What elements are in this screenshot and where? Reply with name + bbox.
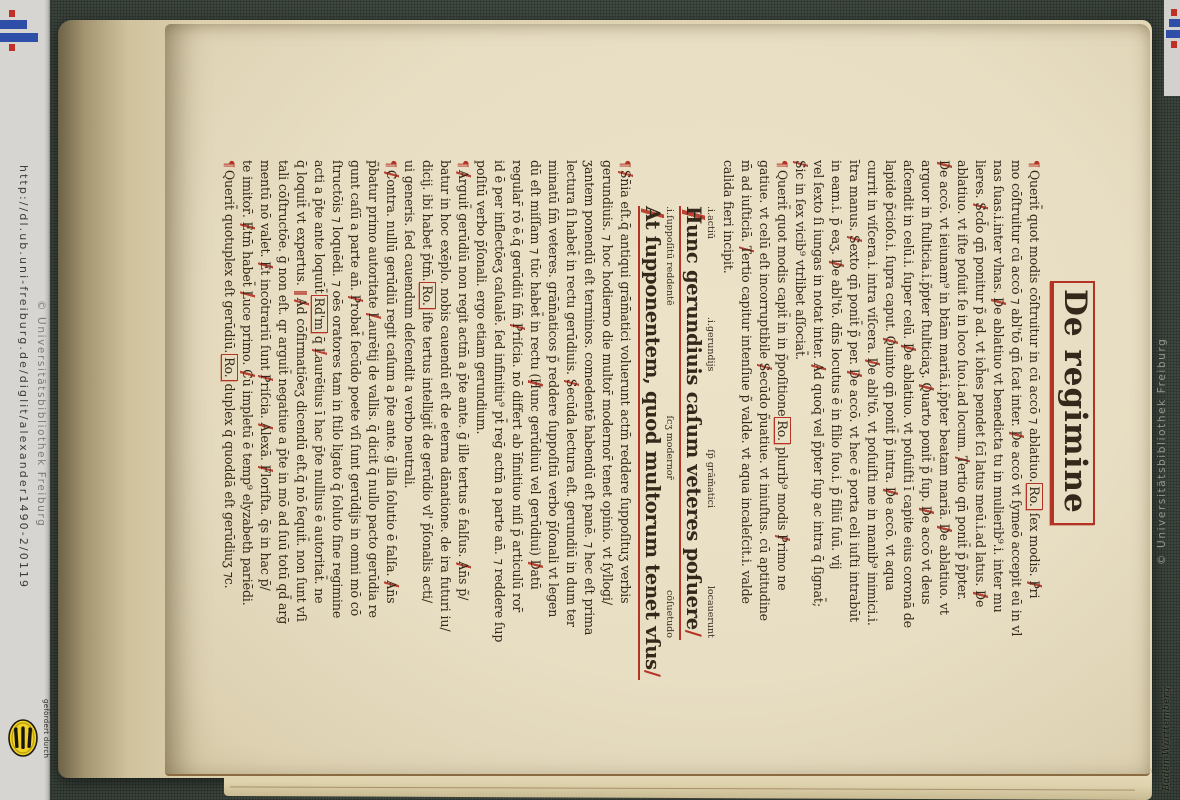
rubricated-capital: E [240,222,255,231]
text-line: ʒantem ponendū eſt terminos. comedentē h… [580,160,598,740]
red-double-stroke: ‖ [294,290,309,296]
digital-library-url: http://dl.ub.uni-freiburg.de/diglit/alex… [17,165,30,589]
gloss-word: cōſuetudo [664,590,675,638]
text-line: poſitū verbo p̄ſonali. ergo etiam gerund… [472,160,490,740]
gloss-word: .i.actiū [705,206,716,239]
text-line: dicij. ibi habet p̄tm̄.Ro.iſte tertus in… [418,160,436,740]
page-title: De regimine [1050,281,1095,525]
text-line: p̃batur primo autoritate Laurētij de val… [364,160,382,740]
rubricated-capital: S [973,202,988,210]
text-line: tali cōſtructōe. ḡ non eſt. qr arguit̄ n… [274,160,292,740]
rubricated-capital: T [739,246,754,253]
verse-unit: .i.actiū.i.gerundijsſp̄ grām̄aticilocaue… [679,206,716,740]
rubricated-capital: D [528,560,543,570]
text-line: gatiue. vt celū eſt incorruptibile Secūd… [755,160,773,740]
copyright-watermark-left: © Universitätsbibliothek Freiburg [35,300,47,527]
gloss-word: ſcʒ modernor̄ [664,416,675,481]
rubricated-capital: L [366,312,381,320]
text-line: batur in hoc exēplo. nobis cauendū eſt d… [436,160,454,740]
rubricated-capital: A [384,580,399,589]
text-line: mentū nō valet. Et incōtrariū ſunt Priſc… [256,160,274,740]
rubricated-capital: D [919,506,934,516]
scanned-page: De regimine ¶Querit̄ quot modis cōſtruit… [165,24,1150,776]
response-marker: Ro. [419,282,436,308]
rubricated-capital: D [865,358,880,368]
pilcrow-mark: ¶ [1027,160,1042,168]
rubricated-capital: A [258,422,273,431]
text-line: te imitor̄. Etm̄ habet̄ Luce primo. Cū i… [238,160,256,740]
sponsor-region-label: Baden-Württemberg [1161,686,1172,791]
rubricated-capital: D [937,524,952,534]
rubricated-capital: Q [883,336,898,346]
registration-mark-red-top-left-2 [9,44,15,51]
text-line: id ē per inflectōeʒ caſualē. ſed infinit… [490,160,508,740]
text-line: ¶Querit̄ quotuplex eſt gerūdiū.Ro.duplex… [220,160,238,740]
rubricated-capital: C [384,170,399,180]
text-line: ¶Querit̄ quot modis capit̄ in in p̃poſit… [773,160,791,740]
interlinear-gloss: .i.ſuppoſitū reddentēſcʒ modernor̄cōſuet… [664,206,675,638]
text-line: q̄ loquit̄ vt expertus. ‖Ad cōfirmatiōeʒ… [292,160,310,740]
gloss-word: locauerunt [705,586,716,638]
rubricated-capital: H [682,206,705,224]
text-line: Sic in ſex vicib⁹ vtrlibet aſſociat̄. [791,160,809,740]
response-marker: Ro. [1026,483,1043,509]
rubricated-capital: D [847,369,862,379]
rubricated-capital: D [937,160,952,170]
text-line: vel ſexto ſi iungas in notat inter. Ad q… [809,160,827,740]
rubricated-capital: L [240,290,255,298]
rubricated-capital: L [312,348,327,356]
text-line: lapide p̃cioſo.i. ſupra caput. Quinto qn… [881,160,899,740]
pilcrow-mark: ¶ [618,160,633,168]
text-line: ſtructōis ⁊ loquēdi. ⁊ oēs oratores tam … [328,160,346,740]
text-line: ¶Querit̄ quot modis cōſtruitur in cū acc… [1025,160,1043,740]
text-line: regular̄ rō ē.q̄ gerūdiū ſm̄ Priſcia. nō… [508,160,526,740]
rubricated-capital: H [528,378,543,389]
verse-line: At ſupponentem, quod multorum tenet vſus… [638,206,664,680]
text-line: ītra manus. Sexto qn̄ ponit̄ p̃ per. De … [845,160,863,740]
response-marker: Rd'm [311,295,328,333]
rubricated-capital: D [829,259,844,269]
text-line: minatū ſm̄ veteres. grām̄aticos p̃ redde… [544,160,562,740]
rubricated-capital: A [294,298,309,307]
response-marker: Ro. [221,354,238,380]
registration-mark-blue-top-right-1 [1169,19,1180,27]
rubricated-capital: S [757,363,772,371]
text-line: gerundiuis. ⁊ hoc hodierno die multor̄ m… [598,160,616,740]
text-line: ablatiuo. vt iſte poſuit ſe in loco ſuo.… [953,160,971,740]
rubricated-capital: C [240,369,255,379]
rubricated-capital: D [973,590,988,600]
pilcrow-mark: ¶ [384,160,399,168]
registration-mark-blue-top-left-1 [0,20,27,29]
text-line: ¶Arguit̄ gerūdiū non regit actm̄ a p̄te … [454,160,472,740]
rubricated-capital: D [883,487,898,497]
rubricated-capital: A [456,561,471,570]
text-line: calida fieri incipit. [719,160,737,740]
gloss-word: .i.gerundijs [705,317,716,372]
text-line: lieres. Scd̄o qn̄ ponitur p̃ ad. vt ioh̄… [971,160,989,740]
rubricated-capital: D [901,343,916,353]
gloss-word: ſp̄ grām̄atici [705,449,716,508]
text-line: ¶Contra. nullū gerūdiū regit caſum a p̄t… [382,160,400,740]
pilcrow-mark: ¶ [456,160,471,168]
response-marker: Ro. [774,417,791,443]
pilcrow-mark: ¶ [222,160,237,168]
text-line: ¶Sn̄ia eſt.q̄ antiqui grām̄atici volueru… [616,160,634,740]
registration-mark-blue-top-right-2 [1166,30,1180,38]
text-line: acti a p̄te ante loquūt̄Rd'mq̄ Laurētius… [310,160,328,740]
page-content-rotated: De regimine ¶Querit̄ quot modis cōſtruit… [165,25,1105,765]
rubricated-capital: T [955,456,970,463]
rubricated-capital: Q [919,382,934,392]
rubricated-capital: S [618,170,633,178]
rubricated-capital: P [510,323,525,331]
interlinear-gloss: .i.actiū.i.gerundijsſp̄ grām̄aticilocaue… [705,206,716,638]
red-slash: / [682,630,705,637]
rubricated-capital: S [847,235,862,243]
rubricated-capital: P [348,295,363,303]
rubricated-capital: P [1027,580,1042,588]
coat-of-arms-icon [6,718,40,758]
pilcrow-mark: ¶ [775,160,790,168]
sponsor-caption: gefördert durch [42,699,50,758]
rubricated-capital: D [1009,430,1024,440]
rubricated-capital: A [811,363,826,372]
rubricated-capital: A [456,170,471,179]
registration-mark-red-top-left-1 [9,10,15,17]
text-line: currit in viſcera.i. intra viſcera. De a… [863,160,881,740]
sponsor-logo [6,718,40,758]
rubricated-capital: E [258,261,273,270]
text-line: gunt caſū a parte an̄. Probat̄ ſecūdo po… [346,160,364,740]
registration-mark-blue-top-left-2 [0,33,38,42]
text-line: dū eſt miſſam ⁊ tūc habet̄ in rectu (Hun… [526,160,544,740]
registration-mark-red-top-right-1 [1171,9,1177,16]
text-line: m̄ ad iuſticiā. Tertio capitur intenſiue… [737,160,755,740]
text-line: ui generis. ſed cauendum deſcendit a ver… [400,160,418,740]
text-line: De accō. vt ieiunam⁹ in btām mariā.i.p̃p… [935,160,953,740]
rubricated-capital: S [793,160,808,168]
red-slash: / [641,670,664,677]
rubricated-capital: D [991,297,1006,307]
gloss-word: .i.ſuppoſitū reddentē [664,206,675,306]
verse-line: Hunc gerundiuis caſum veteres poſuere/ [679,206,705,640]
text-line: aſcendit in celū.i. ſuper celū. De ablat… [899,160,917,740]
text-line: mo cōſtruitur cū accō ⁊ abl'tō qn̄ ſcat … [1007,160,1025,740]
text-line: in eam.i. p̄ eaʒ. De abl'tō. dn̄s locutu… [827,160,845,740]
text-line: lectura ſi habet̄ in rectu gerūdiuis. Se… [562,160,580,740]
text-line: nas ſuas.i.inter vlnas. De ablatiuo vt b… [989,160,1007,740]
rubricated-capital: F [258,465,273,474]
verse-unit: .i.ſuppoſitū reddentēſcʒ modernor̄cōſuet… [638,206,675,740]
registration-mark-red-top-right-2 [1171,41,1177,48]
copyright-watermark-right: © Universitätsbibliothek Freiburg [1156,338,1168,565]
text-block: ¶Querit̄ quot modis cōſtruitur in cū acc… [220,160,1043,740]
rubricated-capital: P [258,374,273,382]
rubricated-capital: A [641,206,664,221]
rubricated-capital: S [564,379,579,387]
rubricated-capital: P [775,534,790,542]
text-line: arguor in ſtulticia.i.p̃pter ſtulticiaʒ.… [917,160,935,740]
